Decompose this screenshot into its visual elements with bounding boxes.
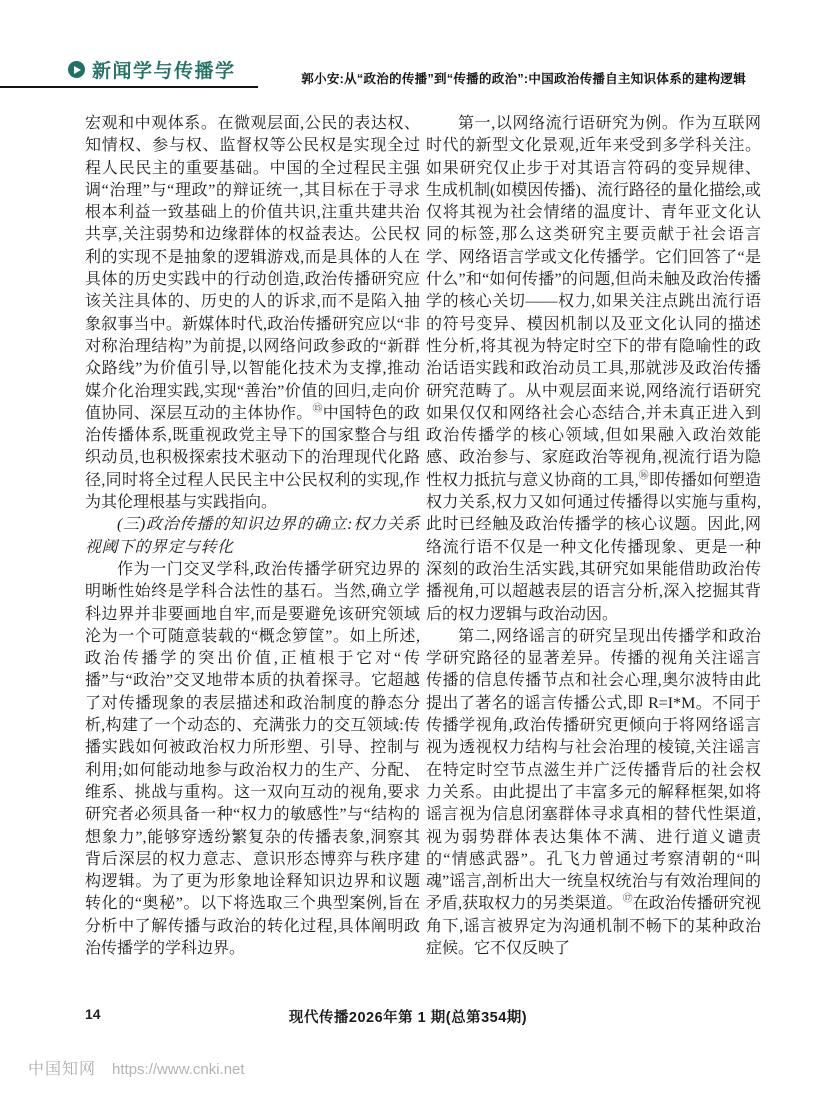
footnote-marker: ⑯ bbox=[639, 470, 649, 481]
article-body: 宏观和中观体系。在微观层面,公民的表达权、知情权、参与权、监督权等公民权是实现全… bbox=[85, 113, 761, 960]
section-logo-label: 新闻学与传播学 bbox=[92, 56, 236, 83]
section-heading: (三)政治传播的知识边界的确立:权力关系视阈下的界定与转化 bbox=[85, 514, 420, 559]
paragraph: 第一,以网络流行语研究为例。作为互联网时代的新型文化景观,近年来受到多学科关注。… bbox=[426, 113, 761, 626]
page-header: 新闻学与传播学 郭小安:从“政治的传播”到“传播的政治”:中国政治传播自主知识体… bbox=[0, 54, 816, 94]
cnki-url: https://www.cnki.net bbox=[112, 1061, 245, 1078]
journal-section-logo: 新闻学与传播学 bbox=[68, 56, 236, 83]
column-left: 宏观和中观体系。在微观层面,公民的表达权、知情权、参与权、监督权等公民权是实现全… bbox=[85, 113, 420, 960]
play-circle-icon bbox=[68, 61, 85, 78]
cnki-watermark: 中国知网 https://www.cnki.net bbox=[28, 1056, 245, 1079]
footnote-marker: ⑰ bbox=[623, 894, 633, 905]
journal-issue-line: 现代传播2026年第 1 期(总第354期) bbox=[0, 1006, 816, 1027]
header-divider bbox=[0, 86, 258, 88]
column-right: 第一,以网络流行语研究为例。作为互联网时代的新型文化景观,近年来受到多学科关注。… bbox=[426, 113, 761, 960]
cnki-name: 中国知网 bbox=[28, 1056, 96, 1079]
paragraph: 宏观和中观体系。在微观层面,公民的表达权、知情权、参与权、监督权等公民权是实现全… bbox=[85, 113, 420, 514]
paragraph: 第二,网络谣言的研究呈现出传播学和政治学研究路径的显著差异。传播的视角关注谣言传… bbox=[426, 626, 761, 960]
paragraph: 作为一门交叉学科,政治传播学研究边界的明晰性始终是学科合法性的基石。当然,确立学… bbox=[85, 559, 420, 960]
footnote-marker: ⑮ bbox=[312, 404, 322, 415]
running-title: 郭小安:从“政治的传播”到“传播的政治”:中国政治传播自主知识体系的建构逻辑 bbox=[301, 69, 746, 87]
